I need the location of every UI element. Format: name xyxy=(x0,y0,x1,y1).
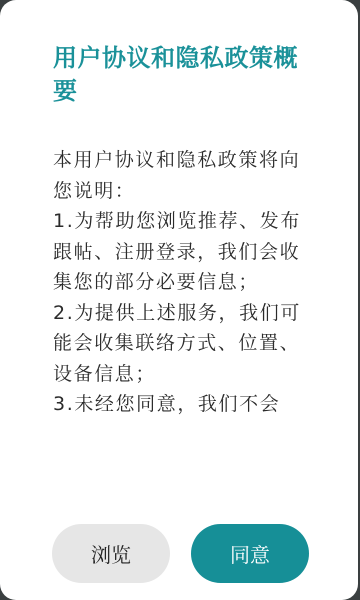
dialog-title: 用户协议和隐私政策概要 xyxy=(53,42,313,108)
browse-button[interactable]: 浏览 xyxy=(52,524,170,583)
dialog-body-text: 本用户协议和隐私政策将向您说明： 1.为帮助您浏览推荐、发布跟帖、注册登录，我们… xyxy=(53,145,308,420)
dialog-body-scroll[interactable]: 本用户协议和隐私政策将向您说明： 1.为帮助您浏览推荐、发布跟帖、注册登录，我们… xyxy=(53,145,308,473)
privacy-dialog: 用户协议和隐私政策概要 本用户协议和隐私政策将向您说明： 1.为帮助您浏览推荐、… xyxy=(0,0,358,600)
agree-button[interactable]: 同意 xyxy=(191,524,309,583)
